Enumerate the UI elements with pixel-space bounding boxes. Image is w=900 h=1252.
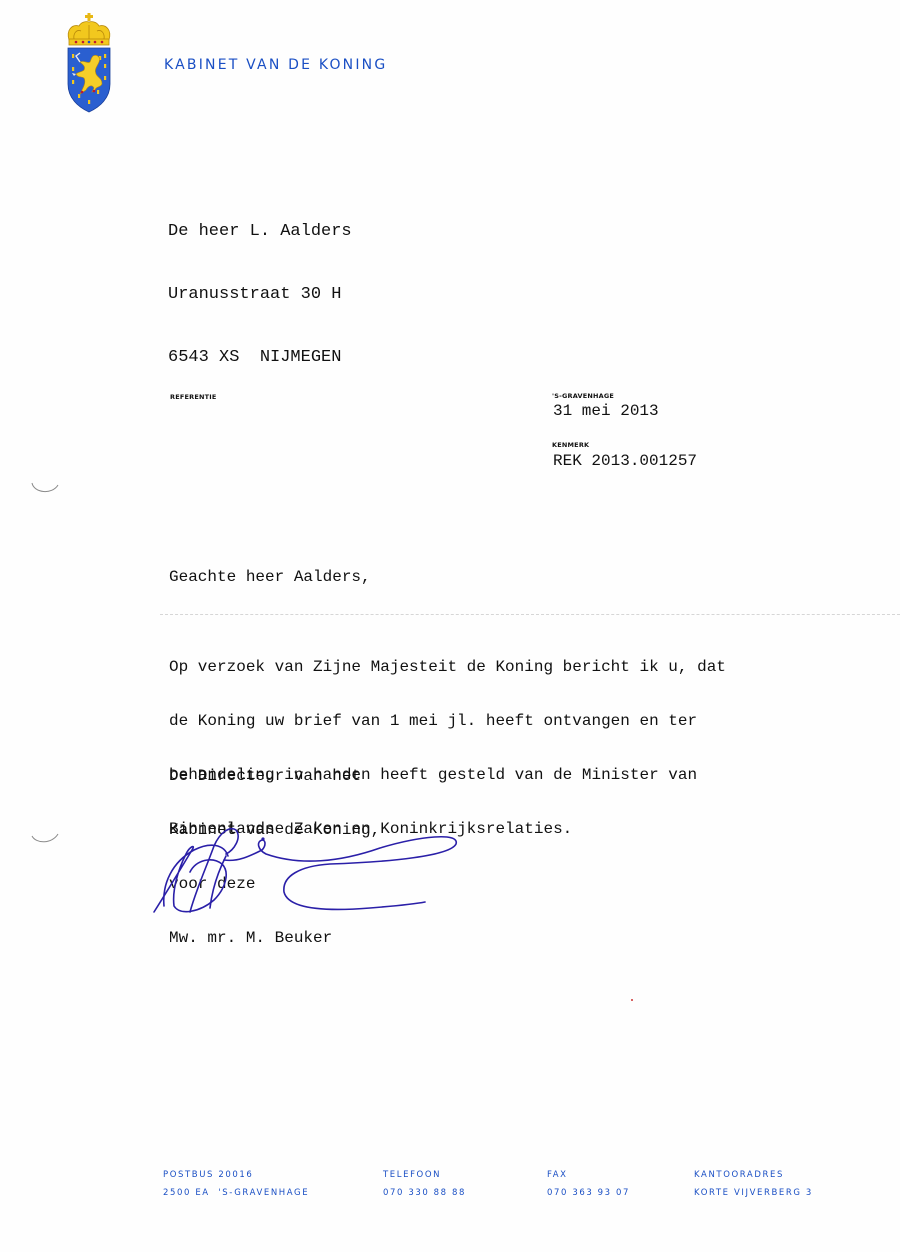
recipient-line: Uranusstraat 30 H xyxy=(168,284,352,305)
scan-speck xyxy=(631,999,633,1001)
royal-coat-of-arms-icon xyxy=(64,12,114,114)
recipient-line: De heer L. Aalders xyxy=(168,221,352,242)
recipient-address: De heer L. Aalders Uranusstraat 30 H 654… xyxy=(168,179,352,410)
place-label: 'S-GRAVENHAGE xyxy=(552,392,614,400)
footer-value: 2500 EA 'S-GRAVENHAGE xyxy=(163,1184,309,1202)
footer-value: KORTE VIJVERBERG 3 xyxy=(694,1184,813,1202)
footer-value: 070 330 88 88 xyxy=(383,1184,466,1202)
letter-date: 31 mei 2013 xyxy=(553,402,659,420)
footer-fax: FAX 070 363 93 07 xyxy=(547,1166,630,1202)
punch-hole-mark xyxy=(30,481,60,495)
signer-name: Mw. mr. M. Beuker xyxy=(169,929,332,947)
footer-label: POSTBUS 20016 xyxy=(163,1166,309,1184)
organization-name: KABINET VAN DE KONING xyxy=(164,57,387,73)
body-line: Op verzoek van Zijne Majesteit de Koning… xyxy=(169,658,726,676)
reference-label: REFERENTIE xyxy=(170,393,217,401)
fold-line xyxy=(160,614,900,615)
recipient-line: 6543 XS NIJMEGEN xyxy=(168,347,352,368)
punch-hole-mark xyxy=(30,830,60,844)
footer-postal: POSTBUS 20016 2500 EA 'S-GRAVENHAGE xyxy=(163,1166,309,1202)
salutation: Geachte heer Aalders, xyxy=(169,568,371,586)
handwritten-signature-icon xyxy=(150,820,470,920)
footer-value: 070 363 93 07 xyxy=(547,1184,630,1202)
footer-phone: TELEFOON 070 330 88 88 xyxy=(383,1166,466,1202)
footer-office-address: KANTOORADRES KORTE VIJVERBERG 3 xyxy=(694,1166,813,1202)
kenmerk-label: KENMERK xyxy=(552,441,589,449)
footer-label: FAX xyxy=(547,1166,630,1184)
closing-line: De Directeur van het xyxy=(169,767,380,785)
footer-label: TELEFOON xyxy=(383,1166,466,1184)
footer-label: KANTOORADRES xyxy=(694,1166,813,1184)
letter-page: KABINET VAN DE KONING De heer L. Aalders… xyxy=(0,0,900,1252)
body-line: de Koning uw brief van 1 mei jl. heeft o… xyxy=(169,712,726,730)
kenmerk-value: REK 2013.001257 xyxy=(553,452,697,470)
